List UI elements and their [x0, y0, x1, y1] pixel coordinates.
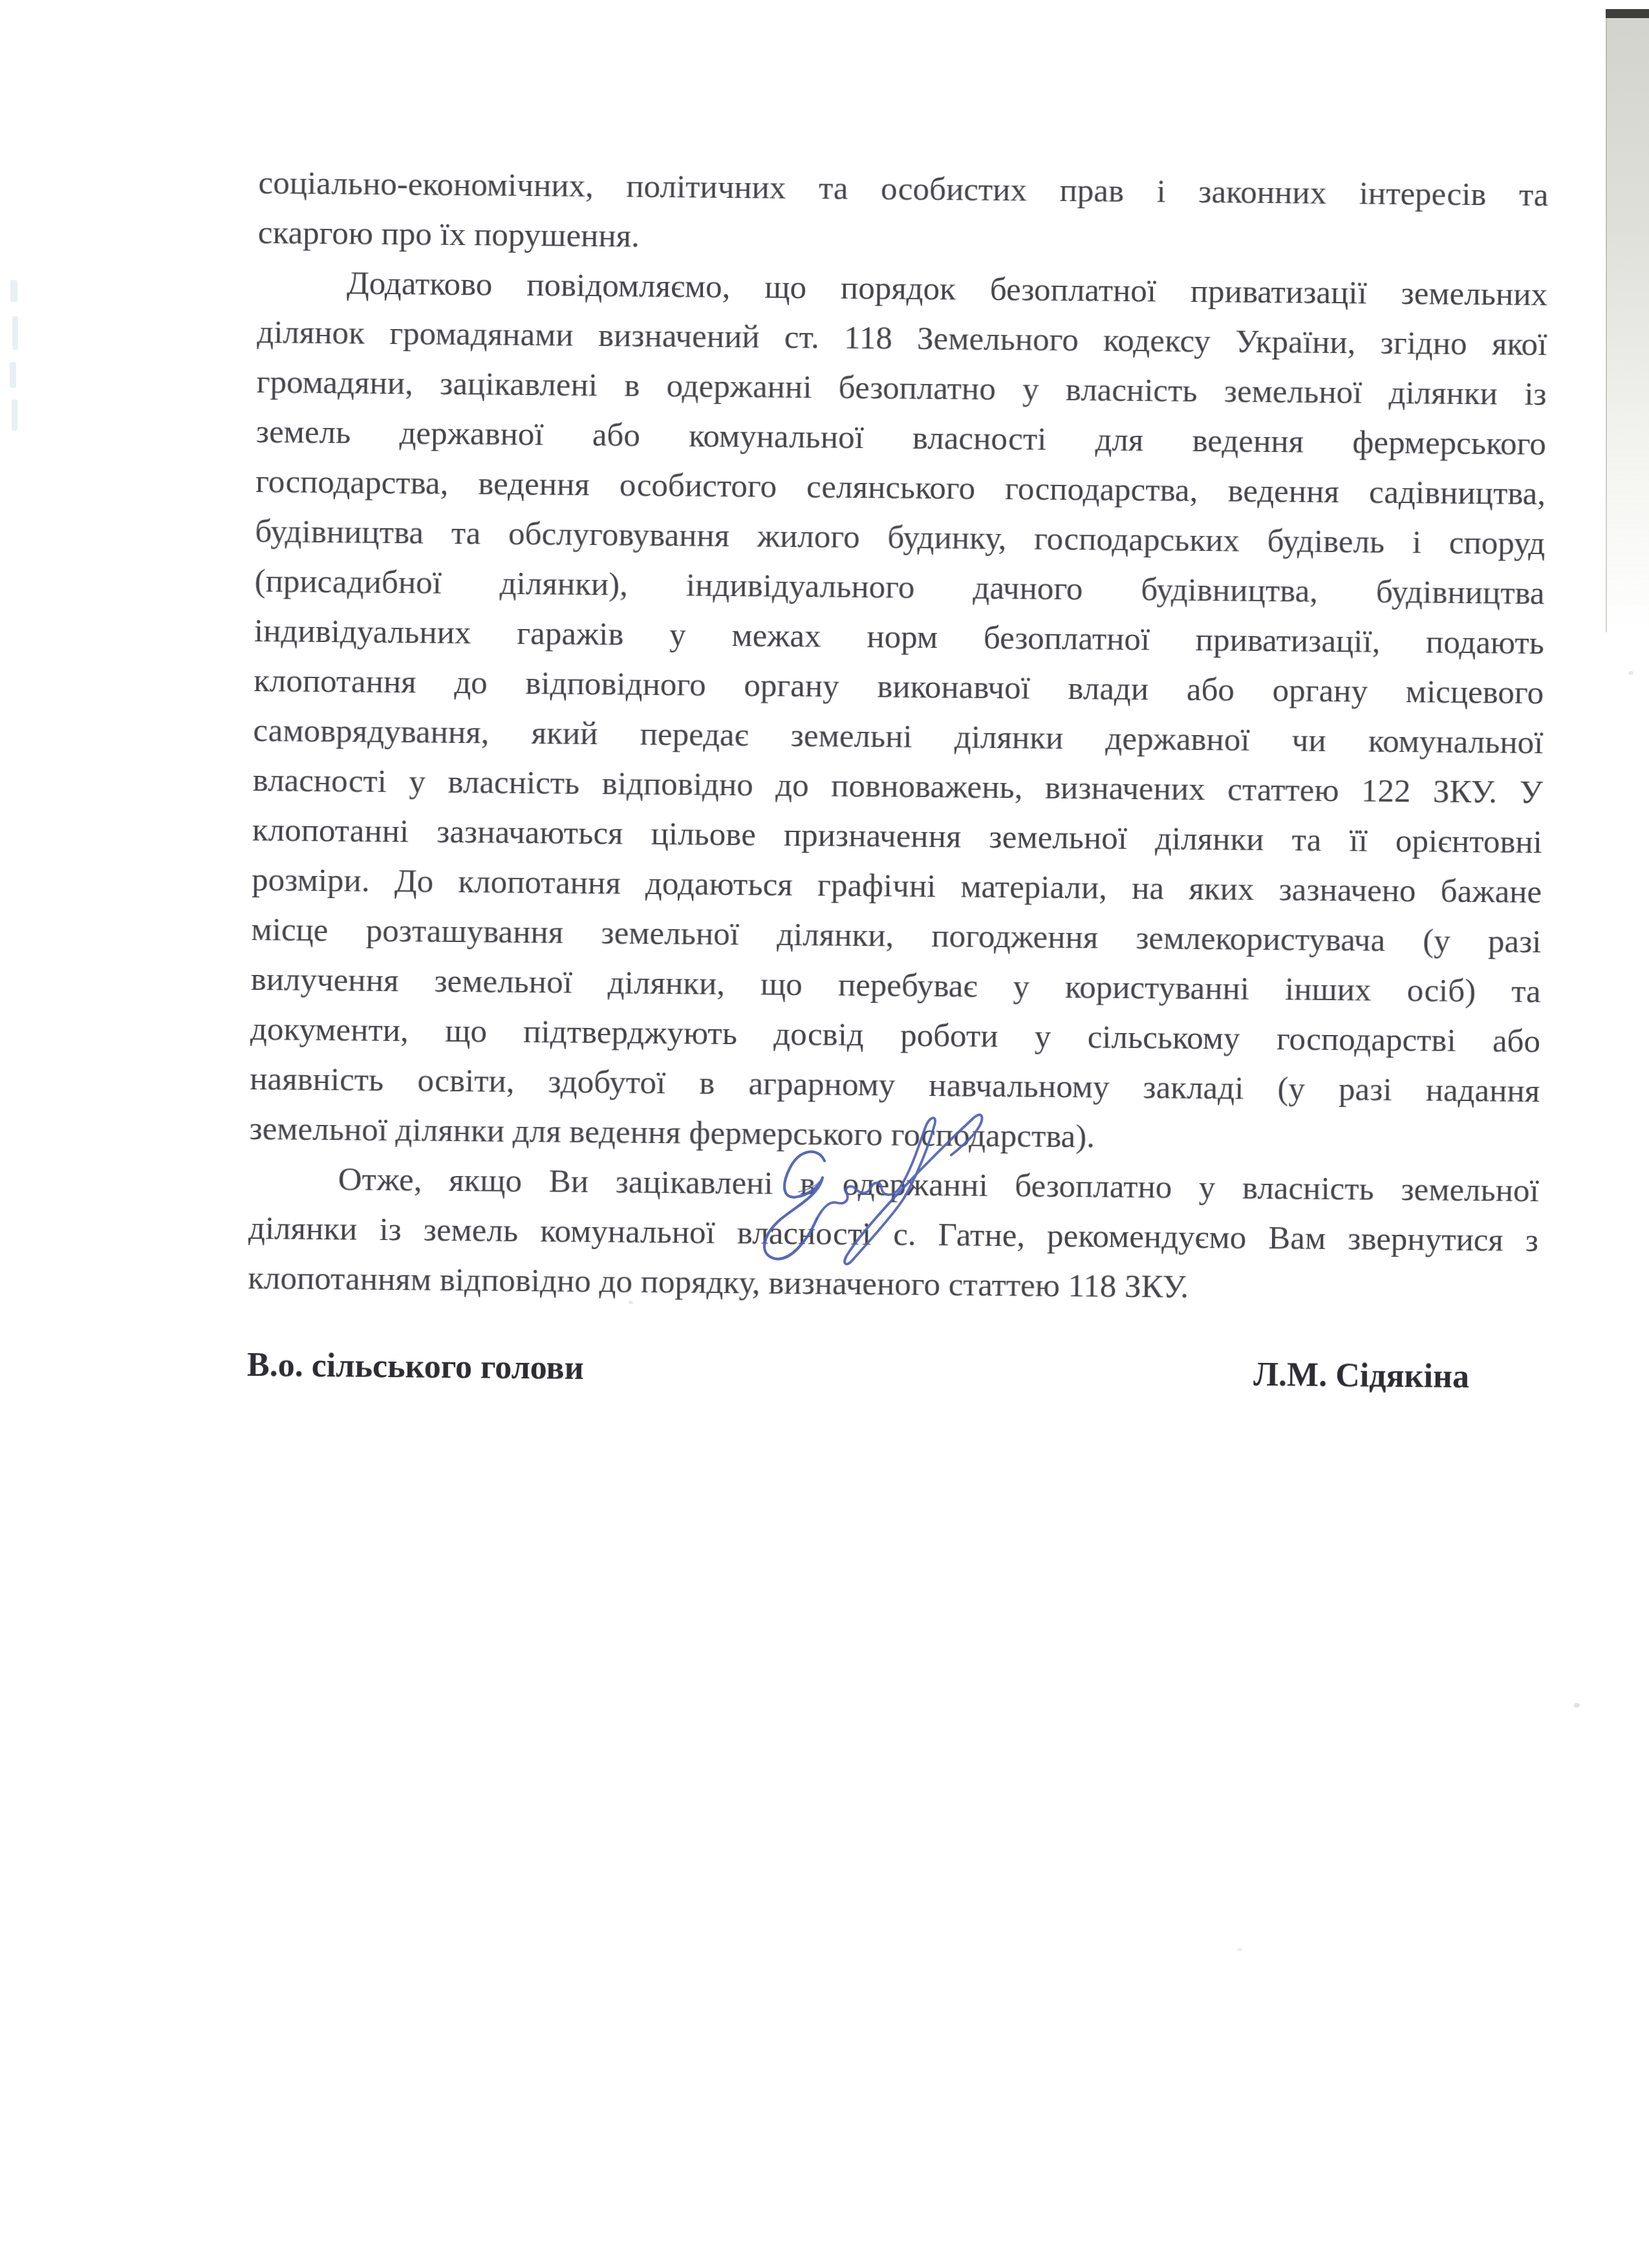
scan-left-edge-mark [10, 362, 16, 388]
signoff-name: Л.М. Сідякіна [1253, 1350, 1469, 1402]
paragraph-continuation: соціально-економічних, політичних та осо… [258, 158, 1549, 270]
signature-handwriting-icon [760, 1107, 993, 1274]
dust-speck [1628, 671, 1633, 675]
signoff-title: В.о. сільського голови [247, 1340, 584, 1393]
dust-speck [1237, 1948, 1242, 1951]
dust-speck [1574, 1703, 1580, 1707]
scan-left-edge-mark [10, 280, 17, 302]
scan-edge-gray-strip [1606, 18, 1649, 632]
scanned-letter-page: соціально-економічних, політичних та осо… [0, 0, 1649, 2268]
paragraph-procedure: Додатково повідомляємо, що порядок безоп… [249, 258, 1547, 1166]
scan-left-edge-mark [12, 316, 18, 350]
signoff-row: В.о. сільського голови Л.М. Сідякіна [247, 1340, 1538, 1402]
scan-left-edge-mark [12, 400, 17, 431]
